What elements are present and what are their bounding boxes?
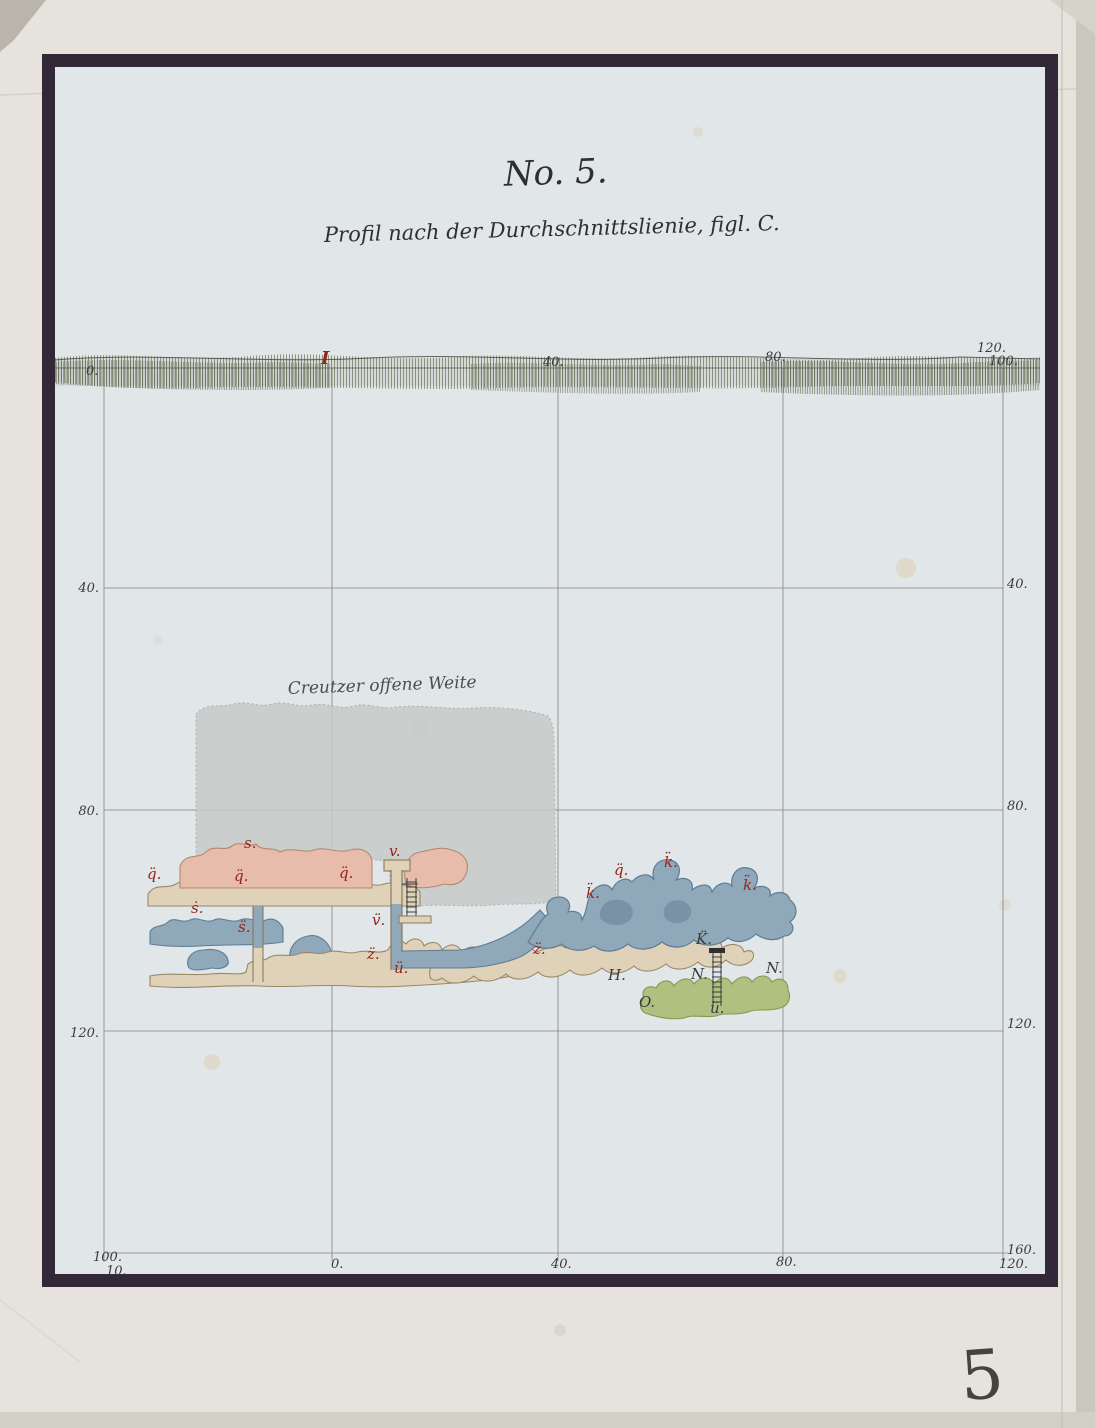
stain bbox=[153, 635, 163, 645]
label-u1: ü. bbox=[394, 959, 408, 977]
label-q4: q̈. bbox=[614, 861, 628, 879]
label-s3: s̈. bbox=[238, 918, 250, 936]
axis-label-top-100: 100. bbox=[989, 354, 1018, 369]
stain bbox=[693, 127, 703, 137]
label-q3: q̈. bbox=[339, 864, 353, 882]
left-shaft bbox=[253, 906, 263, 982]
paper-right-edge bbox=[1076, 0, 1095, 1428]
stain bbox=[833, 969, 847, 983]
axis-label-top-80: 80. bbox=[765, 350, 786, 365]
axis-label-bottom-100: 100. bbox=[93, 1250, 122, 1265]
label-v2: v̈. bbox=[372, 911, 385, 929]
axis-label-bottom-40: 40. bbox=[550, 1257, 572, 1272]
axis-label-right-80: 80. bbox=[1007, 799, 1028, 814]
stain bbox=[999, 899, 1011, 911]
axis-label-top-40: 40. bbox=[542, 355, 564, 370]
label-k1: k̈. bbox=[586, 883, 600, 902]
terrain-hatch-dense-mid bbox=[470, 363, 700, 394]
sheet-title: No. 5. bbox=[502, 151, 608, 195]
label-z1: z̈. bbox=[366, 945, 380, 963]
label-q1: q̈. bbox=[147, 865, 161, 883]
label-q2: q̈. bbox=[234, 867, 248, 885]
axis-label-bottom-160: 160. bbox=[1007, 1243, 1036, 1258]
scanned-sheet: No. 5. Profil nach der Durchschnittslien… bbox=[0, 0, 1095, 1428]
label-v: v. bbox=[389, 842, 400, 860]
label-O: O. bbox=[639, 993, 655, 1011]
label-N1: N. bbox=[690, 965, 708, 983]
label-z2: z̈. bbox=[532, 940, 546, 958]
axis-label-bottom-0: 0. bbox=[331, 1257, 343, 1272]
small-ladder-cap bbox=[709, 948, 725, 953]
axis-label-left-40: 40. bbox=[77, 581, 99, 596]
label-s2: ṡ. bbox=[191, 899, 203, 917]
blue-blob-2 bbox=[188, 949, 229, 970]
left-shaft-water bbox=[253, 906, 263, 948]
main-shaft-cap bbox=[384, 860, 410, 871]
label-s: s. bbox=[244, 834, 256, 852]
stain bbox=[896, 558, 916, 578]
stain bbox=[204, 1054, 220, 1070]
label-H: H. bbox=[607, 966, 626, 984]
axis-label-bottom-10: 10. bbox=[106, 1264, 127, 1279]
axis-label-bottom-80: 80. bbox=[776, 1255, 797, 1270]
main-shaft-upper bbox=[391, 870, 402, 906]
label-N2: N. bbox=[765, 959, 783, 977]
pencil-sheet-number: 5 bbox=[958, 1335, 1007, 1417]
profile-drawing: No. 5. Profil nach der Durchschnittslien… bbox=[0, 0, 1095, 1428]
axis-label-top-0: 0. bbox=[86, 364, 98, 379]
label-k2: k̈. bbox=[664, 852, 678, 871]
axis-label-right-120: 120. bbox=[1007, 1017, 1036, 1032]
paper-bottom-edge bbox=[0, 1412, 1095, 1428]
stain bbox=[554, 1324, 566, 1336]
axis-label-right-40: 40. bbox=[1006, 577, 1028, 592]
inner-sheet bbox=[55, 67, 1045, 1280]
label-u2: ü. bbox=[710, 999, 724, 1017]
label-k3: k̈. bbox=[743, 875, 757, 894]
ladder-platform bbox=[399, 916, 431, 923]
terrain-red-mark: I bbox=[320, 348, 330, 369]
label-K: K̈. bbox=[695, 930, 712, 948]
axis-label-left-80: 80. bbox=[78, 804, 99, 819]
axis-label-left-120: 120. bbox=[70, 1026, 99, 1041]
axis-label-bottom-120: 120. bbox=[999, 1257, 1028, 1272]
blue-band-deep-2 bbox=[664, 900, 691, 923]
left-shaft-body bbox=[253, 948, 263, 982]
